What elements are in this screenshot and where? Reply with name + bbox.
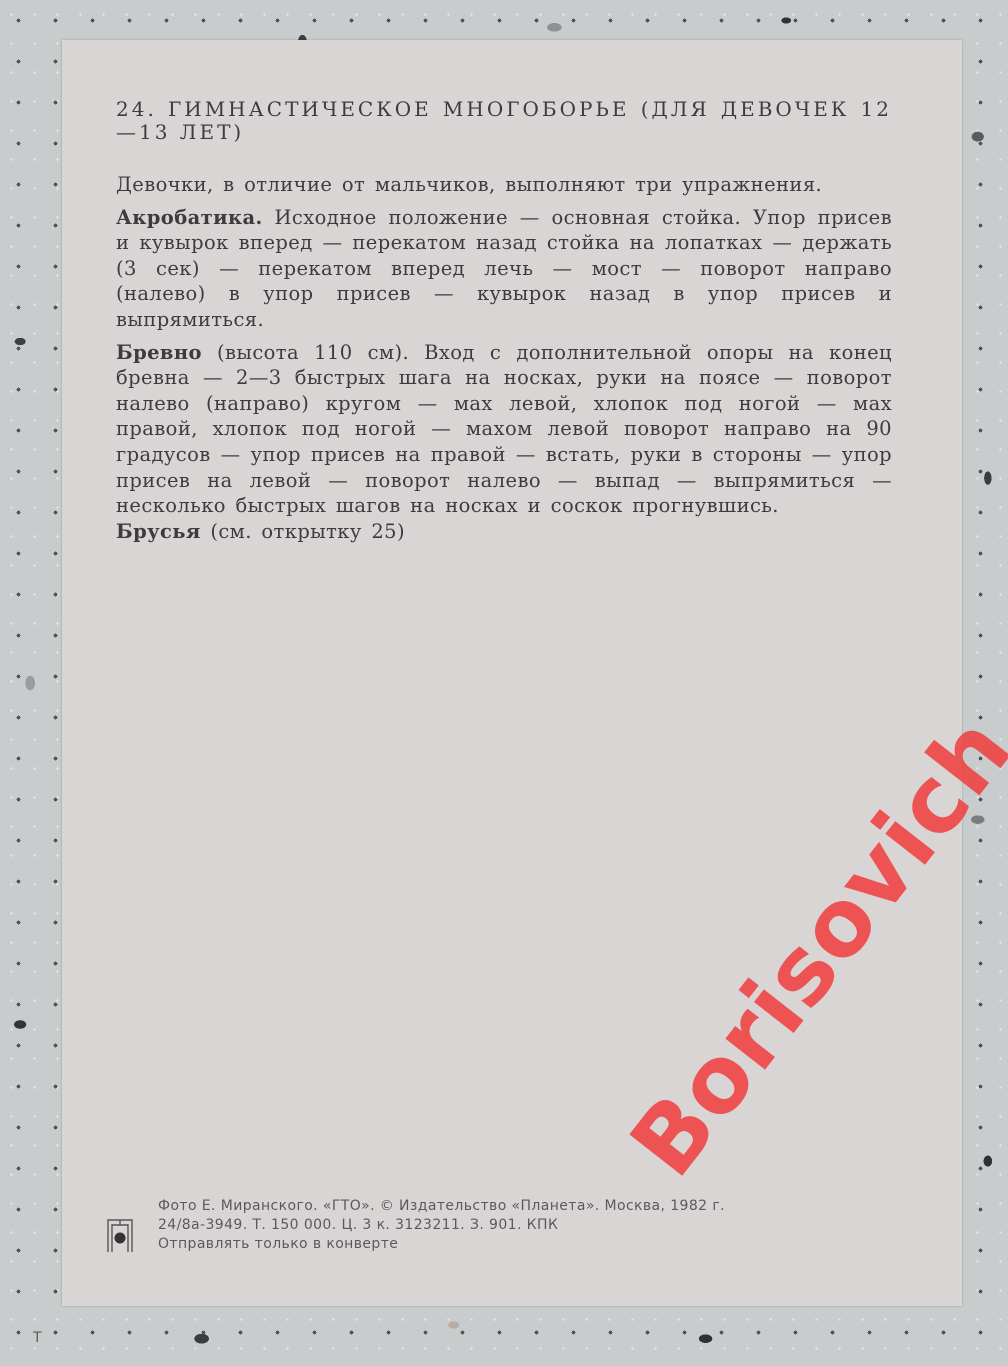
intro-paragraph: Девочки, в отличие от мальчиков, выполня…	[116, 172, 892, 198]
section-text: (см. открытку 25)	[210, 520, 405, 543]
postcard: 24. ГИМНАСТИЧЕСКОЕ МНОГОБОРЬЕ (ДЛЯ ДЕВОЧ…	[62, 40, 962, 1306]
section-beam: Бревно (высота 110 см). Вход с дополните…	[116, 340, 892, 519]
imprint-line-3: Отправлять только в конверте	[158, 1235, 725, 1254]
section-text: (высота 110 см). Вход с дополнительной о…	[116, 341, 892, 518]
imprint: Фото Е. Миранского. «ГТО». © Издательств…	[158, 1197, 725, 1254]
pencil-mark: Т	[33, 1330, 42, 1346]
postcard-title: 24. ГИМНАСТИЧЕСКОЕ МНОГОБОРЬЕ (ДЛЯ ДЕВОЧ…	[116, 98, 892, 144]
section-heading: Бревно	[116, 341, 202, 364]
section-heading: Брусья	[116, 520, 201, 543]
publisher-logo-icon	[106, 1216, 134, 1254]
section-heading: Акробатика.	[116, 206, 263, 229]
imprint-line-2: 24/8а-3949. Т. 150 000. Ц. 3 к. 3123211.…	[158, 1216, 725, 1235]
section-bars: Брусья (см. открытку 25)	[116, 519, 892, 545]
postcard-body: 24. ГИМНАСТИЧЕСКОЕ МНОГОБОРЬЕ (ДЛЯ ДЕВОЧ…	[116, 98, 892, 551]
imprint-line-1: Фото Е. Миранского. «ГТО». © Издательств…	[158, 1197, 725, 1216]
section-acrobatics: Акробатика. Исходное положение — основна…	[116, 205, 892, 333]
